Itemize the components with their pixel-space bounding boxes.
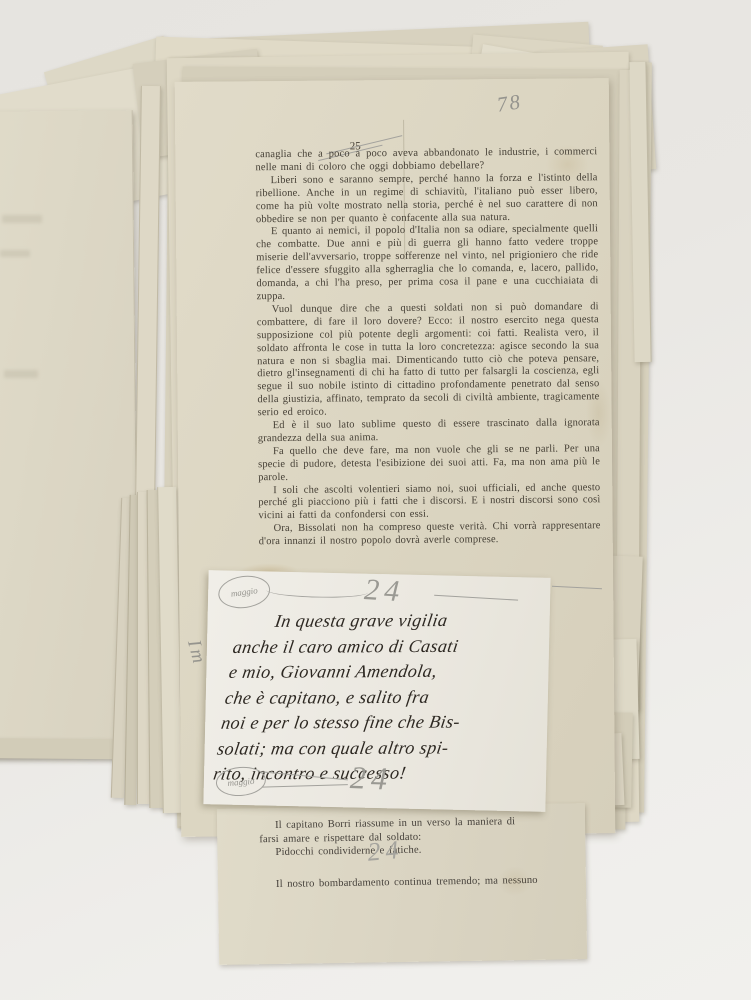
handwriting-line: noi e per lo stesso fine che Bis-: [219, 709, 530, 736]
handwriting-line: che è capitano, e salito fra: [223, 684, 534, 711]
paragraph: Vuol dunque dire che a questi soldati no…: [257, 301, 600, 420]
paragraph: E quanto ai nemici, il popolo d'Italia n…: [256, 224, 599, 304]
left-pile-under-sheet: [0, 737, 130, 760]
show-through-marks: [2, 215, 42, 223]
pencil-number-78: 78: [495, 89, 523, 117]
paragraph: Ed è il suo lato sublime questo di esser…: [258, 417, 600, 446]
pencil-maggio-label: maggio: [230, 585, 258, 599]
bottom-strip: Il capitano Borri riassume in un verso l…: [217, 803, 587, 965]
printed-text-block: canaglia che a poco a poco aveva abbando…: [255, 146, 600, 549]
show-through-marks: [0, 250, 30, 257]
paper-stain: [498, 866, 532, 897]
paragraph: Fa quello che deve fare, ma non vuole ch…: [258, 443, 600, 485]
handwriting-line: In questa grave vigilia: [235, 608, 546, 635]
pencil-number-24-bottom: 24: [349, 759, 392, 798]
handwriting-line: e mio, Giovanni Amendola,: [227, 658, 538, 685]
paragraph: Ora, Bissolati non ha compreso queste ve…: [259, 520, 601, 549]
pencil-number-24-strip: 24: [366, 835, 404, 868]
pencil-dash: [434, 595, 518, 601]
handwriting-line: solati; ma con quale altro spi-: [215, 735, 526, 762]
photo-of-document-stack: 78 25 canaglia che a poco a poco aveva a…: [0, 0, 751, 1000]
paragraph: I soli che ascolti volentieri siamo noi,…: [258, 482, 600, 524]
show-through-marks: [4, 370, 38, 378]
paragraph: Liberi sono e saranno sempre, perché han…: [256, 172, 598, 227]
pencil-number-24-top: 24: [363, 573, 405, 609]
handwritten-note: maggio 24 In questa grave vigilia anche …: [203, 570, 550, 812]
paragraph: canaglia che a poco a poco aveva abbando…: [255, 146, 597, 175]
pencil-maggio-label: maggio: [227, 775, 255, 787]
handwriting-line: anche il caro amico di Casati: [231, 633, 542, 660]
pencil-connector-line: [266, 583, 368, 598]
pencil-circled-maggio-top: maggio: [216, 573, 272, 612]
